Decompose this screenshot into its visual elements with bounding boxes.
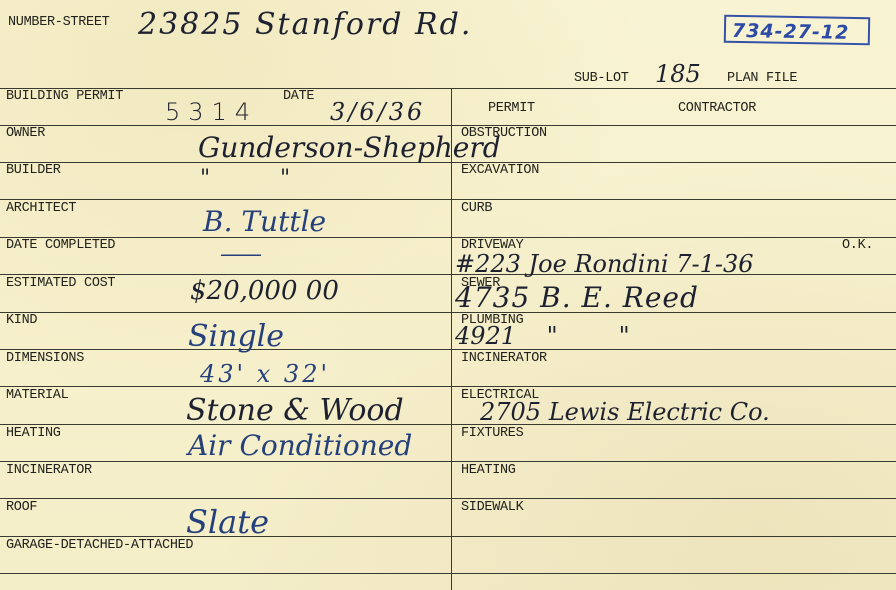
field-label-garage: GARAGE-DETACHED-ATTACHED (6, 539, 193, 553)
date-completed-value: —— (220, 244, 260, 266)
file-number-stamp: 734-27-12 (724, 15, 870, 46)
electrical-value: 2705 Lewis Electric Co. (480, 400, 770, 424)
rule-line (0, 274, 896, 275)
plan-file-label: PLAN FILE (727, 72, 797, 86)
field-label-date-completed: DATE COMPLETED (6, 239, 115, 253)
rule-line (0, 498, 896, 499)
permit-label-fixtures: FIXTURES (461, 427, 523, 441)
driveway-value: #223 Joe Rondini 7-1-36 (455, 252, 754, 276)
field-label-architect: ARCHITECT (6, 202, 76, 216)
field-label-building-permit: BUILDING PERMIT (6, 90, 123, 104)
plumbing-value: 4921 " " (455, 324, 630, 348)
rule-line (0, 237, 896, 238)
rule-line (0, 536, 896, 537)
rule-line (0, 88, 896, 89)
sewer-value: 4735 B. E. Reed (455, 284, 699, 312)
rule-line (0, 386, 896, 387)
field-label-material: MATERIAL (6, 389, 68, 403)
building-permit-value: 5314 (165, 100, 258, 124)
permit-card: NUMBER-STREET 23825 Stanford Rd. 734-27-… (0, 0, 896, 590)
permit-label-obstruction: OBSTRUCTION (461, 127, 547, 141)
permit-label-incinerator: INCINERATOR (461, 352, 547, 366)
field-label-builder: BUILDER (6, 164, 61, 178)
rule-line (0, 349, 896, 350)
field-label-dimensions: DIMENSIONS (6, 352, 84, 366)
owner-value: Gunderson-Shepherd (198, 134, 501, 162)
kind-value: Single (188, 322, 284, 352)
field-label-estimated-cost: ESTIMATED COST (6, 277, 115, 291)
sub-lot-label: SUB-LOT (574, 72, 629, 86)
roof-value: Slate (186, 506, 269, 538)
builder-value: " " (200, 168, 290, 190)
field-label-incinerator: INCINERATOR (6, 464, 92, 478)
architect-value: B. Tuttle (203, 208, 326, 236)
rule-line (0, 573, 896, 574)
rule-line (0, 125, 896, 126)
estimated-cost-value: $20,000 00 (190, 278, 339, 304)
permit-label-excavation: EXCAVATION (461, 164, 539, 178)
field-label-roof: ROOF (6, 501, 37, 515)
field-label-kind: KIND (6, 314, 37, 328)
number-street-label: NUMBER-STREET (8, 16, 109, 30)
permit-label-sidewalk: SIDEWALK (461, 501, 523, 515)
date-label: DATE (283, 90, 314, 104)
material-value: Stone & Wood (186, 396, 404, 426)
file-number-text: 734-27-12 (732, 20, 850, 44)
sub-lot-value: 185 (655, 62, 701, 86)
driveway-ok-note: O.K. (842, 239, 873, 253)
dimensions-value: 43' x 32' (200, 362, 330, 386)
field-label-owner: OWNER (6, 127, 45, 141)
rule-line (0, 461, 896, 462)
rule-line (0, 312, 896, 313)
heating-value: Air Conditioned (188, 432, 412, 460)
date-value: 3/6/36 (330, 100, 425, 124)
field-label-heating: HEATING (6, 427, 61, 441)
permit-column-header: PERMIT (488, 102, 535, 116)
rule-line (0, 199, 896, 200)
permit-label-curb: CURB (461, 202, 492, 216)
contractor-column-header: CONTRACTOR (678, 102, 756, 116)
permit-label-heating: HEATING (461, 464, 516, 478)
number-street-value: 23825 Stanford Rd. (138, 10, 472, 40)
